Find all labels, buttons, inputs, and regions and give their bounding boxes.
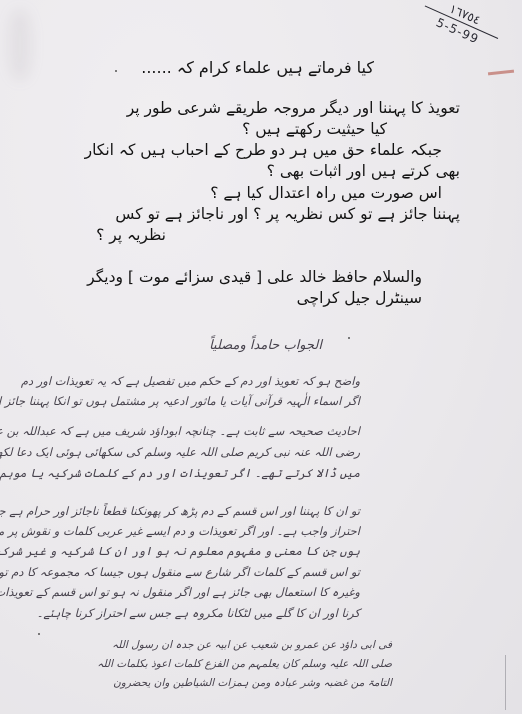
answer-line: احتراز واجب ہے۔ اور اگر تعویذات و دم ایس… [0,522,360,541]
answer-line: احادیث صحیحہ سے ثابت ہے۔ چنانچہ ابوداؤد … [0,422,360,441]
answer-line: تو اس قسم کے کلمات اگر شارع سے منقول ہوں… [0,563,360,582]
question-heading: کیا فرماتے ہیں علماء کرام کہ ...... [141,58,374,78]
reference-stamp: ١٦٧٥٤ 5-5-99 [412,0,505,68]
red-ink-mark [488,70,514,76]
signature-location: سینٹرل جیل کراچی [297,288,422,308]
answer-line: واضح ہو کہ تعویذ اور دم کے حکم میں تفصیل… [21,372,360,391]
question-line: بھی کرتے ہیں اور اثبات بھی ؟ [267,161,460,181]
paper-crease [505,655,506,710]
answer-line: تو ان کا پہننا اور اس قسم کے دم پڑھ کر پ… [0,502,360,521]
question-line: کیا حیثیت رکھتے ہیں ؟ [242,119,387,139]
scanned-document-page: ١٦٧٥٤ 5-5-99 کیا فرماتے ہیں علماء کرام ک… [0,0,522,714]
answer-line: رضی اللہ عنہ نبی کریم صلی اللہ علیہ وسلم… [0,443,360,462]
ink-speck [38,633,40,635]
hadith-line: فی ابی داؤد عن عمرو بن شعیب عن ابیہ عن ج… [112,636,392,655]
question-line: نظریہ پر ؟ [96,225,166,245]
ink-speck [348,337,350,339]
answer-line: میں ڈالا کرتے تھے۔ اگر تعویذات اور دم کے… [0,464,360,483]
signature-line: والسلام حافظ خالد علی [ قیدی سزائے موت ]… [87,267,422,287]
hadith-line: صلی اللہ علیہ وسلم کان یعلمہم من الفزع ک… [97,655,392,674]
question-line: تعویذ کا پہننا اور دیگر مروجہ طریقے شرعی… [127,98,460,118]
question-line: جبکہ علماء حق میں ہر دو طرح کے احباب ہیں… [85,140,442,160]
answer-line: اگر اسماء الٰہیہ قرآنی آیات یا ماثور ادع… [0,392,360,411]
paper-smudge [8,10,32,80]
question-line: پہننا جائز ہے تو کس نظریہ پر ؟ اور ناجائ… [115,204,460,224]
hadith-line: التامۃ من غضبہ وشر عبادہ ومن ہمزات الشیا… [113,674,392,693]
answer-line: وغیرہ کا استعمال بھی جائز ہے اور اگر منق… [0,583,360,602]
ink-speck [115,70,117,72]
answer-line: ہوں جن کا معنی و مفہوم معلوم نہ ہو اور ا… [0,542,360,561]
question-line: اس صورت میں راہ اعتدال کیا ہے ؟ [210,183,442,203]
answer-title: الجواب حامداً ومصلیاً [209,336,322,355]
answer-line: کرنا اور ان کا گلے میں لٹکانا مکروہ ہے ج… [37,604,360,623]
